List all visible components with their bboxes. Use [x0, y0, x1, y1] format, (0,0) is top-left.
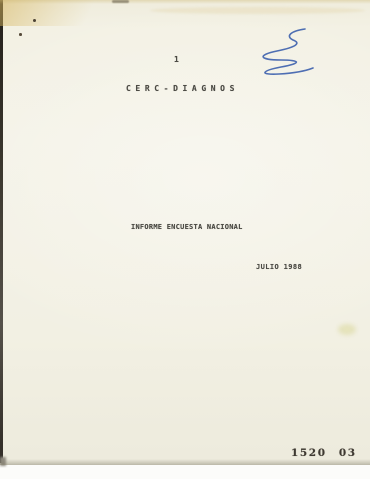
scanned-document-page: 1 CERC-DIAGNOS INFORME ENCUESTA NACIONAL… — [0, 0, 370, 479]
organization-title: CERC-DIAGNOS — [126, 84, 239, 93]
paper-stain-wave — [150, 7, 365, 14]
report-title: INFORME ENCUESTA NACIONAL — [131, 223, 243, 231]
ink-speck — [19, 33, 22, 36]
paper-stain-right — [338, 324, 356, 335]
scan-smudge-top — [112, 0, 129, 3]
paper-stain-top-streak — [0, 0, 370, 4]
paper-bottom-edge-shadow — [0, 459, 370, 465]
ink-speck — [33, 19, 36, 22]
archive-stamp-number: 1520 03 — [291, 447, 357, 459]
signature-mark — [248, 24, 320, 82]
report-date: JULIO 1988 — [256, 263, 302, 271]
page-number: 1 — [174, 55, 179, 64]
scan-edge-left — [0, 0, 3, 463]
